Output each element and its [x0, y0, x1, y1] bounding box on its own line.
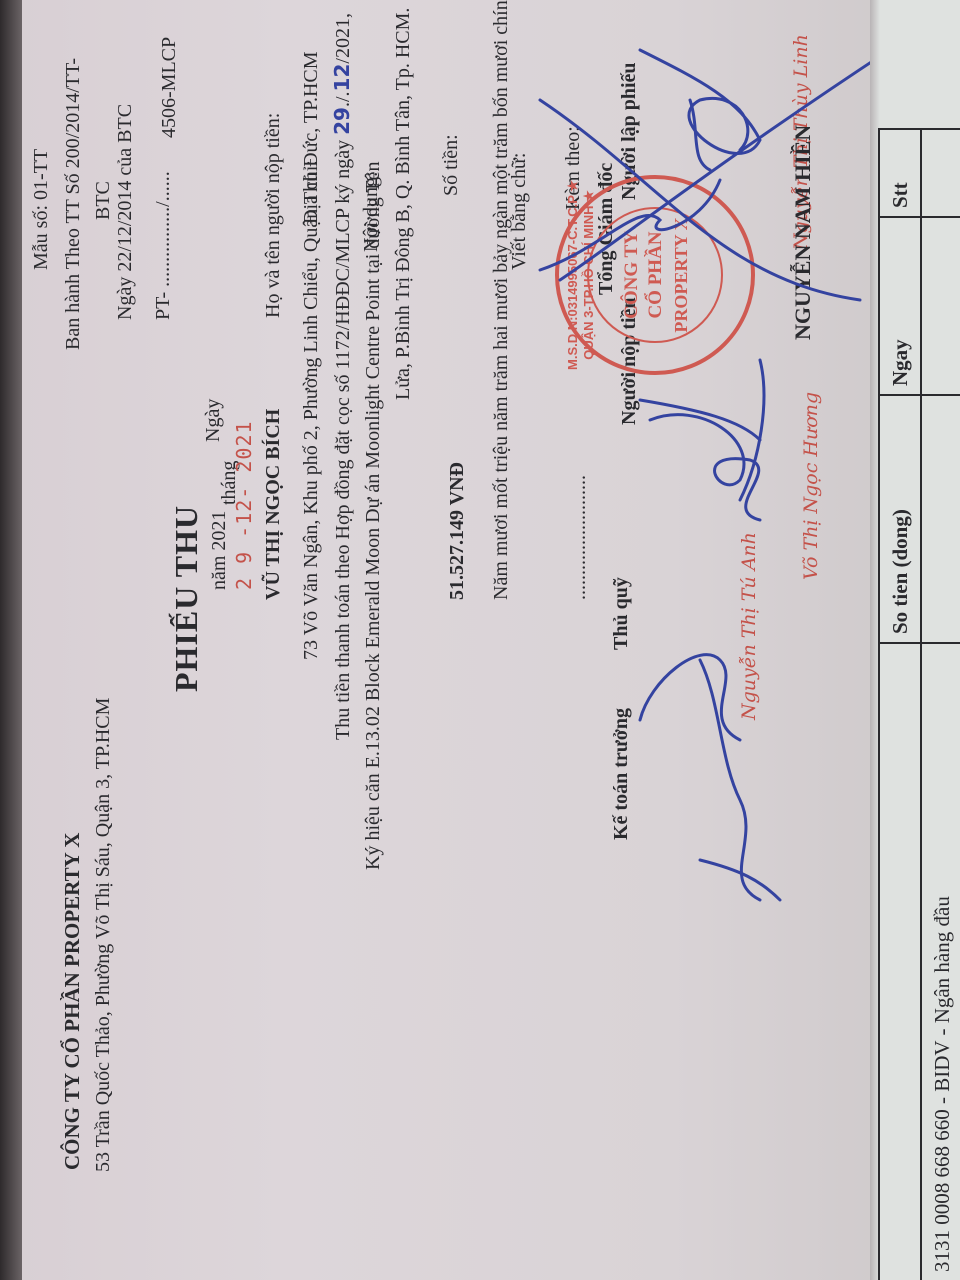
- amount-words-value: Năm mươi mốt triệu năm trăm hai mươi bảy…: [490, 0, 513, 600]
- payer-name: VŨ THỊ NGỌC BÍCH: [262, 409, 285, 600]
- company-name: CÔNG TY CỔ PHẦN PROPERTY X: [60, 833, 85, 1170]
- content-line1: Thu tiền thanh toán theo Hợp đồng đặt cọ…: [330, 13, 355, 740]
- stamp-line1: CÔNG TY: [621, 179, 643, 371]
- cashier-name: Nguyễn Thị Tú Anh: [738, 532, 760, 720]
- signature-role-chief-accountant-label: Kế toán trưởng: [610, 708, 633, 840]
- amount-label: Số tiền:: [440, 134, 463, 196]
- content-sep: ./.: [332, 91, 354, 107]
- payer-address: 73 Võ Văn Ngân, Khu phố 2, Phường Linh C…: [300, 51, 323, 660]
- content-line3: Lửa, P.Bình Trị Đông B, Q. Bình Tân, Tp.…: [392, 8, 415, 400]
- stamped-date: 2 9 -12- 2021: [232, 420, 256, 590]
- amount-value: 51.527.149 VNĐ: [446, 462, 469, 600]
- content-line2: Ký hiệu căn E.13.02 Block Emerald Moon D…: [362, 162, 385, 870]
- amount-cell: [921, 395, 960, 643]
- payer-label: Họ và tên người nộp tiền:: [262, 113, 285, 318]
- content-line1-end: /2021,: [332, 13, 354, 64]
- header-stt: Stt: [879, 129, 921, 217]
- account-cell: 3131 0008 668 660 - BIDV - Ngân hàng đầu: [921, 643, 960, 1280]
- director-name: NGUYỄN NAM HIỀN: [790, 125, 816, 340]
- receipt-number-value: 4506-MLCP: [158, 37, 181, 138]
- content-line1-text: Thu tiền thanh toán theo Hợp đồng đặt cọ…: [332, 135, 354, 740]
- date-cell: [921, 217, 960, 395]
- issued-by-line2: BTC: [92, 181, 115, 220]
- issued-by-line1: Ban hành Theo TT Số 200/2014/TT-: [62, 58, 85, 350]
- header-date: Ngay: [879, 217, 921, 395]
- handwritten-day: 29: [330, 107, 354, 135]
- bank-table: So tien (dong) Ngay Stt 3131 0008 668 66…: [878, 128, 960, 1280]
- handwritten-month: 12: [330, 64, 354, 92]
- date-year-label: năm 2021: [208, 511, 231, 590]
- signature-role-cashier: Thủ quỹ: [610, 577, 633, 650]
- date-day-label: Ngày: [202, 399, 225, 442]
- stt-cell: [921, 129, 960, 217]
- issued-date: Ngày 22/12/2014 của BTC: [114, 104, 137, 320]
- header-empty: [879, 643, 921, 1280]
- table-header-row: So tien (dong) Ngay Stt: [879, 129, 921, 1280]
- stamp-ring-text: M.S.D.N:0314995067-C.T.C.P ★ QUẬN 3-TP.H…: [565, 179, 597, 371]
- receipt-number-prefix: PT- ................/......: [152, 171, 175, 320]
- attached-value: .........................: [568, 475, 591, 600]
- table-row: 3131 0008 668 660 - BIDV - Ngân hàng đầu: [921, 129, 960, 1280]
- form-number: Mẫu số: 01-TT: [30, 149, 53, 270]
- company-seal-stamp: M.S.D.N:0314995067-C.T.C.P ★ QUẬN 3-TP.H…: [555, 175, 755, 375]
- company-address: 53 Trần Quốc Thảo, Phường Võ Thị Sáu, Qu…: [92, 698, 115, 1172]
- header-amount: So tien (dong): [879, 395, 921, 643]
- document-title: PHIẾU THU: [168, 505, 205, 692]
- handwritten-signatures: [0, 0, 960, 1280]
- photo-edge-shadow: [0, 0, 22, 1280]
- stamp-line3: PROPERTY X: [671, 179, 692, 371]
- stamp-line2: CỔ PHẦN: [645, 179, 667, 371]
- chief-accountant-name: Võ Thị Ngọc Hương: [800, 392, 822, 580]
- receipt-document: CÔNG TY CỔ PHẦN PROPERTY X 53 Trần Quốc …: [0, 0, 960, 1280]
